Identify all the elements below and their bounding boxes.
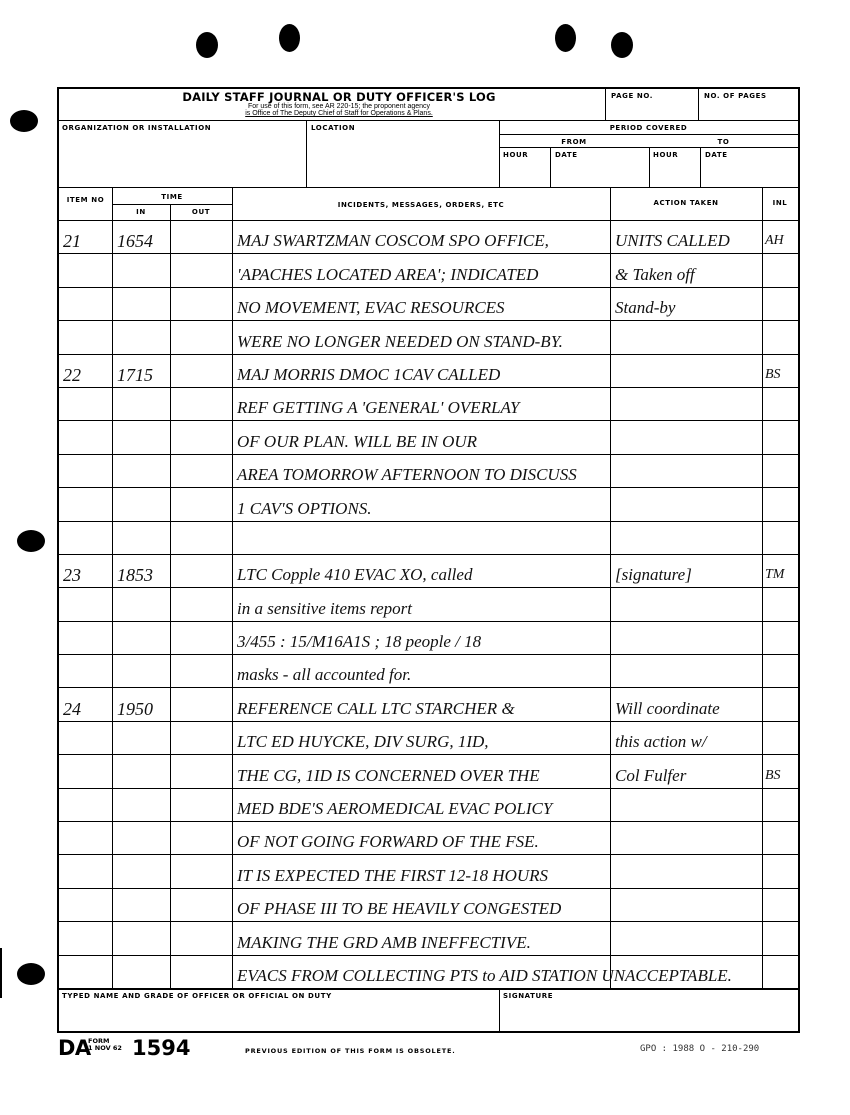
from-date-field[interactable]	[552, 161, 647, 185]
table-row: 'APACHES LOCATED AREA'; INDICATED& Taken…	[59, 253, 798, 286]
cell-item-no[interactable]: 21	[63, 231, 112, 251]
table-row: WERE NO LONGER NEEDED ON STAND-BY.	[59, 320, 798, 353]
cell-incident-text[interactable]: LTC ED HUYCKE, DIV SURG, 1ID,	[237, 732, 607, 752]
cell-incident-text[interactable]: MAKING THE GRD AMB INEFFECTIVE.	[237, 933, 607, 953]
table-row: MED BDE'S AEROMEDICAL EVAC POLICY	[59, 788, 798, 821]
cell-item-no[interactable]: 23	[63, 565, 112, 585]
row-divider	[59, 287, 798, 288]
from-label: FROM	[499, 138, 649, 146]
no-of-pages-label: NO. OF PAGES	[704, 92, 767, 100]
form-date: 1 NOV 62	[88, 1045, 122, 1052]
divider	[499, 988, 500, 1031]
divider	[698, 89, 699, 120]
to-label: TO	[649, 138, 798, 146]
row-divider	[59, 788, 798, 789]
cell-incident-text[interactable]: OF OUR PLAN. WILL BE IN OUR	[237, 432, 607, 452]
form-designation-date: FORM 1 NOV 62	[88, 1038, 122, 1052]
row-divider	[59, 854, 798, 855]
column-header-incidents: INCIDENTS, MESSAGES, ORDERS, ETC	[232, 201, 610, 209]
row-divider	[59, 687, 798, 688]
cell-initials[interactable]: AH	[765, 231, 797, 251]
row-divider	[59, 754, 798, 755]
table-row: OF PHASE III TO BE HEAVILY CONGESTED	[59, 888, 798, 921]
divider	[59, 187, 798, 188]
punch-hole	[611, 32, 633, 58]
cell-incident-text[interactable]: IT IS EXPECTED THE FIRST 12-18 HOURS	[237, 866, 607, 886]
location-label: LOCATION	[311, 124, 355, 132]
cell-incident-text[interactable]: 3/455 : 15/M16A1S ; 18 people / 18	[237, 632, 607, 652]
signature-label: SIGNATURE	[503, 992, 553, 1000]
to-date-label: DATE	[705, 151, 728, 159]
cell-incident-text[interactable]: OF NOT GOING FORWARD OF THE FSE.	[237, 832, 607, 852]
row-divider	[59, 621, 798, 622]
table-row: MAKING THE GRD AMB INEFFECTIVE.	[59, 921, 798, 954]
table-row: 3/455 : 15/M16A1S ; 18 people / 18	[59, 621, 798, 654]
column-header-time: TIME	[112, 193, 232, 201]
column-header-inl: INL	[762, 199, 798, 207]
column-header-out: OUT	[170, 208, 232, 216]
cell-initials[interactable]: BS	[765, 766, 797, 786]
table-row: EVACS FROM COLLECTING PTS to AID STATION…	[59, 955, 798, 988]
divider	[605, 89, 606, 120]
from-date-label: DATE	[555, 151, 578, 159]
punch-hole	[17, 530, 45, 552]
table-row: THE CG, 1ID IS CONCERNED OVER THECol Ful…	[59, 754, 798, 787]
punch-hole	[10, 110, 38, 132]
row-divider	[59, 487, 798, 488]
cell-incident-text[interactable]: MAJ MORRIS DMOC 1CAV CALLED	[237, 365, 607, 385]
table-row: OF NOT GOING FORWARD OF THE FSE.	[59, 821, 798, 854]
cell-incident-text[interactable]: in a sensitive items report	[237, 599, 607, 619]
column-header-action-taken: ACTION TAKEN	[610, 199, 762, 207]
cell-action-taken[interactable]: [signature]	[615, 565, 760, 585]
page-no-field[interactable]	[607, 101, 696, 119]
table-row: NO MOVEMENT, EVAC RESOURCESStand-by	[59, 287, 798, 320]
table-row: IT IS EXPECTED THE FIRST 12-18 HOURS	[59, 854, 798, 887]
log-table-body: 211654MAJ SWARTZMAN COSCOM SPO OFFICE,UN…	[59, 220, 798, 988]
column-header-item-no: ITEM NO	[59, 196, 112, 204]
cell-action-taken[interactable]: Will coordinate	[615, 699, 760, 719]
table-row: 221715MAJ MORRIS DMOC 1CAV CALLEDBS	[59, 354, 798, 387]
table-row: 211654MAJ SWARTZMAN COSCOM SPO OFFICE,UN…	[59, 220, 798, 253]
form-designation-da: DA	[58, 1036, 91, 1060]
table-row: masks - all accounted for.	[59, 654, 798, 687]
form-subtitle: For use of this form, see AR 220-15; the…	[169, 103, 509, 110]
previous-edition-notice: PREVIOUS EDITION OF THIS FORM IS OBSOLET…	[245, 1047, 455, 1055]
table-row: in a sensitive items report	[59, 587, 798, 620]
organization-label: ORGANIZATION OR INSTALLATION	[62, 124, 211, 132]
cell-item-no[interactable]: 22	[63, 365, 112, 385]
row-divider	[59, 554, 798, 555]
to-date-field[interactable]	[702, 161, 797, 185]
cell-incident-text[interactable]: LTC Copple 410 EVAC XO, called	[237, 565, 607, 585]
from-hour-field[interactable]	[501, 161, 548, 185]
divider	[700, 147, 701, 187]
row-divider	[59, 955, 798, 956]
cell-initials[interactable]: BS	[765, 365, 797, 385]
cell-incident-text[interactable]: REFERENCE CALL LTC STARCHER &	[237, 699, 607, 719]
cell-action-taken[interactable]: this action w/	[615, 732, 760, 752]
cell-time-in[interactable]: 1654	[117, 231, 169, 251]
form-title-block: DAILY STAFF JOURNAL OR DUTY OFFICER'S LO…	[169, 91, 509, 117]
row-divider	[59, 420, 798, 421]
row-divider	[59, 654, 798, 655]
cell-action-taken[interactable]: Col Fulfer	[615, 766, 760, 786]
divider	[59, 120, 798, 121]
punch-hole	[279, 24, 300, 52]
cell-action-taken[interactable]: Stand-by	[615, 298, 760, 318]
typed-name-label: TYPED NAME AND GRADE OF OFFICER OR OFFIC…	[62, 992, 332, 1000]
punch-hole	[555, 24, 576, 52]
punch-hole	[17, 963, 45, 985]
table-row: AREA TOMORROW AFTERNOON TO DISCUSS	[59, 454, 798, 487]
row-divider	[59, 387, 798, 388]
row-divider	[59, 454, 798, 455]
duty-log-form: DAILY STAFF JOURNAL OR DUTY OFFICER'S LO…	[57, 87, 800, 1033]
margin-mark	[0, 948, 2, 998]
row-divider	[59, 320, 798, 321]
organization-field[interactable]	[62, 135, 302, 185]
cell-incident-text[interactable]: THE CG, 1ID IS CONCERNED OVER THE	[237, 766, 607, 786]
cell-time-in[interactable]: 1950	[117, 699, 169, 719]
cell-incident-text[interactable]: OF PHASE III TO BE HEAVILY CONGESTED	[237, 899, 607, 919]
location-field[interactable]	[311, 135, 496, 185]
divider	[649, 147, 650, 187]
cell-incident-text[interactable]: MAJ SWARTZMAN COSCOM SPO OFFICE,	[237, 231, 607, 251]
row-divider	[59, 888, 798, 889]
form-subtitle-agency: is Office of The Deputy Chief of Staff f…	[169, 110, 509, 117]
cell-incident-text[interactable]: EVACS FROM COLLECTING PTS to AID STATION…	[237, 966, 607, 986]
cell-incident-text[interactable]: NO MOVEMENT, EVAC RESOURCES	[237, 298, 607, 318]
divider	[306, 120, 307, 187]
table-row	[59, 521, 798, 554]
cell-incident-text[interactable]: 1 CAV'S OPTIONS.	[237, 499, 607, 519]
row-divider	[59, 253, 798, 254]
divider	[59, 988, 798, 990]
row-divider	[59, 587, 798, 588]
typed-name-field[interactable]	[62, 1003, 494, 1029]
period-covered-label: PERIOD COVERED	[499, 124, 798, 132]
no-of-pages-field[interactable]	[700, 101, 798, 119]
cell-time-in[interactable]: 1715	[117, 365, 169, 385]
table-row: 1 CAV'S OPTIONS.	[59, 487, 798, 520]
table-row: LTC ED HUYCKE, DIV SURG, 1ID,this action…	[59, 721, 798, 754]
cell-item-no[interactable]: 24	[63, 699, 112, 719]
column-header-in: IN	[112, 208, 170, 216]
cell-incident-text[interactable]: masks - all accounted for.	[237, 665, 607, 685]
row-divider	[59, 354, 798, 355]
cell-action-taken[interactable]: & Taken off	[615, 265, 760, 285]
row-divider	[59, 721, 798, 722]
from-hour-label: HOUR	[503, 151, 528, 159]
to-hour-field[interactable]	[651, 161, 698, 185]
table-row: OF OUR PLAN. WILL BE IN OUR	[59, 420, 798, 453]
cell-incident-text[interactable]: REF GETTING A 'GENERAL' OVERLAY	[237, 398, 607, 418]
form-title: DAILY STAFF JOURNAL OR DUTY OFFICER'S LO…	[169, 91, 509, 103]
table-row: REF GETTING A 'GENERAL' OVERLAY	[59, 387, 798, 420]
table-row: 241950REFERENCE CALL LTC STARCHER &Will …	[59, 687, 798, 720]
row-divider	[59, 521, 798, 522]
form-number: 1594	[132, 1036, 190, 1060]
cell-incident-text[interactable]: AREA TOMORROW AFTERNOON TO DISCUSS	[237, 465, 607, 485]
punch-hole	[196, 32, 218, 58]
divider	[112, 204, 232, 205]
cell-incident-text[interactable]: WERE NO LONGER NEEDED ON STAND-BY.	[237, 332, 607, 352]
row-divider	[59, 921, 798, 922]
row-divider	[59, 821, 798, 822]
page-no-label: PAGE NO.	[611, 92, 653, 100]
table-row: 231853LTC Copple 410 EVAC XO, called[sig…	[59, 554, 798, 587]
cell-action-taken[interactable]: UNITS CALLED	[615, 231, 760, 251]
cell-incident-text[interactable]: 'APACHES LOCATED AREA'; INDICATED	[237, 265, 607, 285]
signature-field[interactable]	[503, 1003, 795, 1029]
cell-time-in[interactable]: 1853	[117, 565, 169, 585]
to-hour-label: HOUR	[653, 151, 678, 159]
gpo-code: GPO : 1988 O - 210-290	[640, 1044, 759, 1054]
cell-initials[interactable]: TM	[765, 565, 797, 585]
divider	[550, 147, 551, 187]
divider	[499, 134, 798, 135]
cell-incident-text[interactable]: MED BDE'S AEROMEDICAL EVAC POLICY	[237, 799, 607, 819]
